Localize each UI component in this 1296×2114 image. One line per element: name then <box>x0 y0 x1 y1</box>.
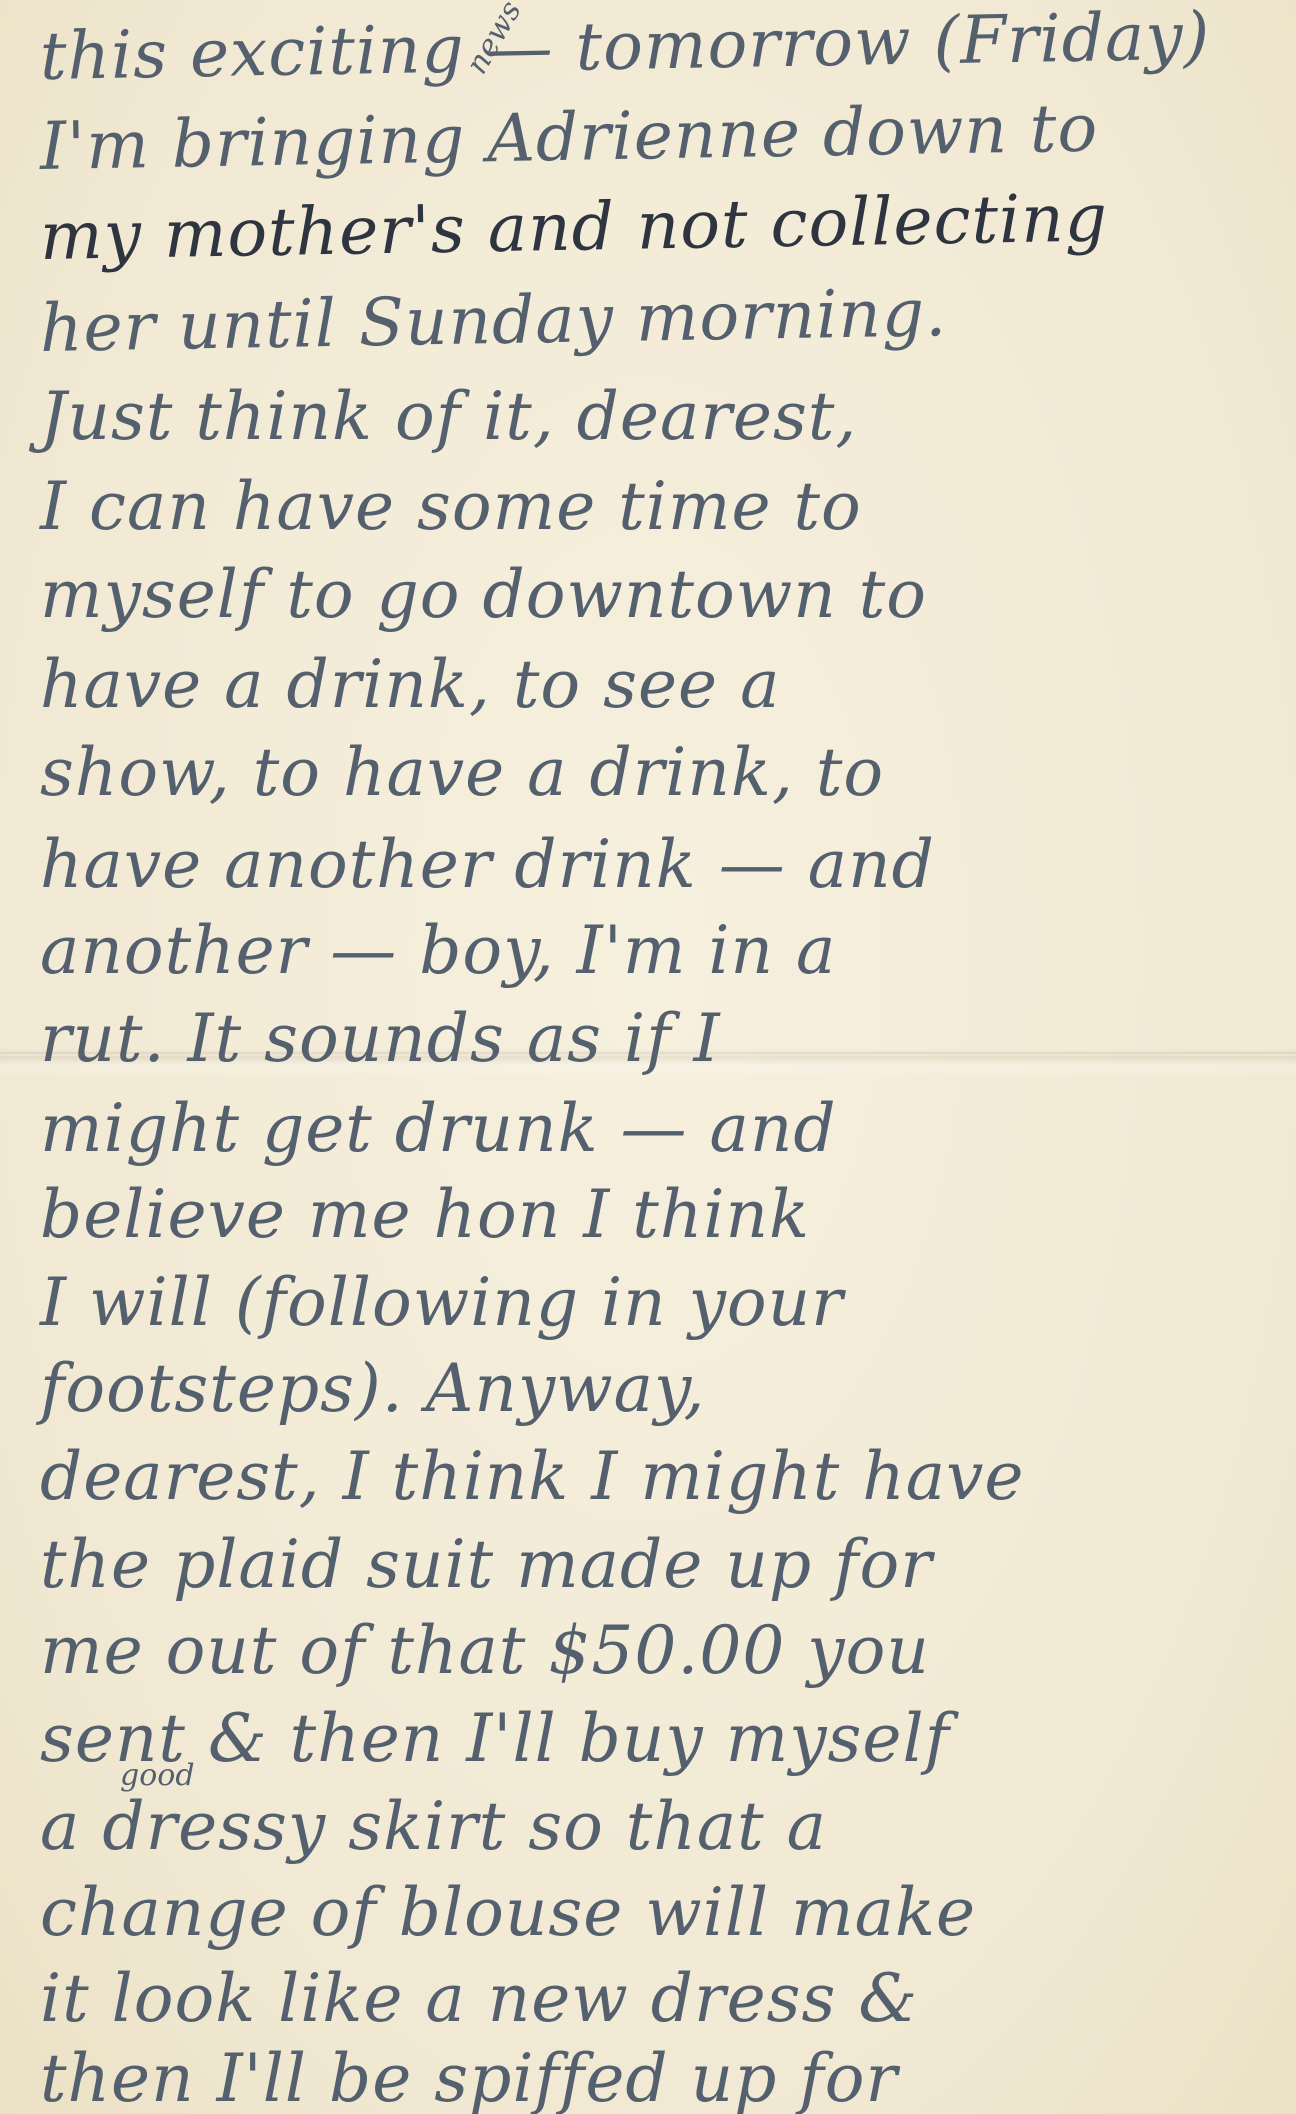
letter-line-11: another — boy, I'm in a <box>40 912 836 989</box>
letter-line-9: show, to have a drink, to <box>40 734 884 811</box>
letter-line-22: change of blouse will make <box>40 1874 976 1951</box>
letter-line-4: her until Sunday morning. <box>39 274 947 367</box>
letter-line-15: I will (following in your <box>40 1264 844 1341</box>
letter-line-2: I'm bringing Adrienne down to <box>39 90 1098 185</box>
letter-line-13: might get drunk — and <box>40 1090 837 1167</box>
letter-line-18: the plaid suit made up for <box>40 1526 933 1603</box>
letter-line-10: have another drink — and <box>40 826 935 903</box>
letter-line-24: then I'll be spiffed up for <box>40 2040 898 2114</box>
letter-line-14: believe me hon I think <box>40 1176 810 1253</box>
letter-line-7: myself to go downtown to <box>40 556 927 633</box>
letter-line-17: dearest, I think I might have <box>40 1438 1025 1515</box>
letter-line-16: footsteps). Anyway, <box>40 1350 706 1427</box>
letter-line-8: have a drink, to see a <box>40 646 780 723</box>
letter-line-23: it look like a new dress & <box>40 1960 918 2037</box>
letter-line-1: this exciting — tomorrow (Friday) <box>39 0 1211 95</box>
letter-line-5: Just think of it, dearest, <box>40 378 857 455</box>
letter-line-6: I can have some time to <box>40 468 862 545</box>
letter-line-21: a dressy skirt so that a <box>40 1788 827 1865</box>
letter-line-19: me out of that $50.00 you <box>40 1612 930 1689</box>
letter-page: news this exciting — tomorrow (Friday) I… <box>0 0 1296 2114</box>
letter-line-3: my mother's and not collecting <box>39 179 1108 275</box>
letter-line-12: rut. It sounds as if I <box>40 1000 721 1077</box>
